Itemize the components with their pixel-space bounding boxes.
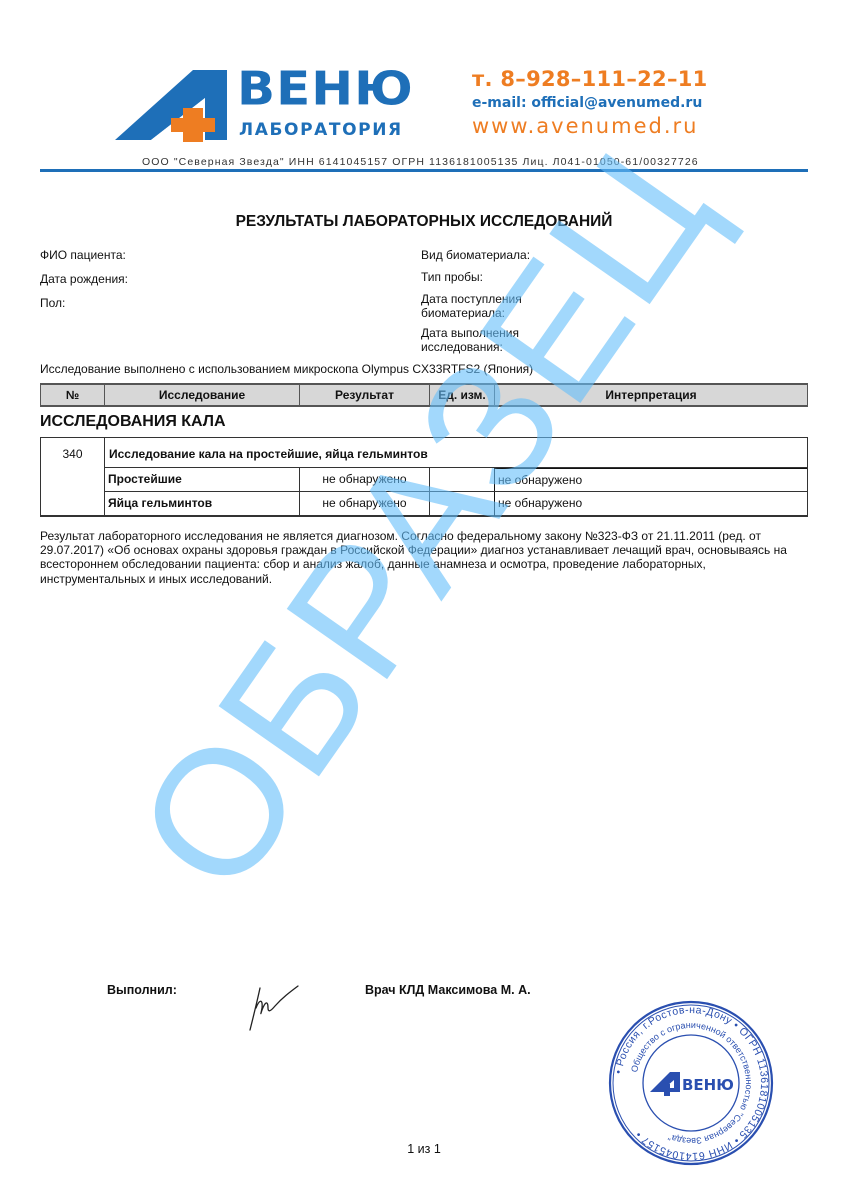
row-result: не обнаружено — [300, 492, 430, 516]
legal-disclaimer: Результат лабораторного исследования не … — [40, 529, 810, 586]
row-test-name: Яйца гельминтов — [105, 492, 300, 516]
completed-date-field: Дата выполнения исследования: — [421, 326, 541, 354]
contacts-block: т. 8–928–111–22–11 e-mail: official@aven… — [472, 66, 732, 139]
logo-brand: ВЕНЮ — [237, 66, 414, 112]
phone-number: т. 8–928–111–22–11 — [472, 66, 732, 92]
test-number: 340 — [41, 438, 105, 516]
test-group-name: Исследование кала на простейшие, яйца ге… — [105, 438, 807, 468]
column-interpretation: Интерпретация — [495, 385, 807, 405]
page-number: 1 из 1 — [0, 1142, 848, 1156]
svg-text:ВЕНЮ: ВЕНЮ — [682, 1076, 734, 1094]
sex-field: Пол: — [40, 296, 128, 310]
website-link[interactable]: www.avenumed.ru — [472, 113, 732, 139]
company-requisites: ООО "Северная Звезда" ИНН 6141045157 ОГР… — [142, 156, 699, 168]
received-date-field: Дата поступления биоматериала: — [421, 292, 541, 320]
birth-date-field: Дата рождения: — [40, 272, 128, 286]
logo-subtitle: ЛАБОРАТОРИЯ — [239, 120, 403, 140]
row-unit — [430, 468, 495, 491]
performed-by-label: Выполнил: — [107, 983, 177, 997]
sample-info: Вид биоматериала: Тип пробы: Дата поступ… — [421, 248, 621, 360]
microscope-note: Исследование выполнено с использованием … — [40, 362, 533, 376]
sample-watermark: ОБРАЗЕЦ — [107, 121, 741, 920]
column-unit: Ед. изм. — [430, 385, 495, 405]
table-row: Простейшие не обнаружено не обнаружено — [105, 468, 807, 492]
biomaterial-type-field: Вид биоматериала: — [421, 248, 621, 262]
patient-name-field: ФИО пациента: — [40, 248, 128, 262]
header-divider — [40, 169, 808, 172]
row-interpretation: не обнаружено — [495, 468, 807, 491]
column-test: Исследование — [105, 385, 300, 405]
column-result: Результат — [300, 385, 430, 405]
table-row: Яйца гельминтов не обнаружено не обнаруж… — [105, 492, 807, 516]
patient-info: ФИО пациента: Дата рождения: Пол: — [40, 248, 128, 320]
results-table: 340 Исследование кала на простейшие, яйц… — [40, 437, 808, 517]
handwritten-signature-icon — [240, 980, 310, 1035]
section-title: ИССЛЕДОВАНИЯ КАЛА — [40, 413, 226, 431]
row-result: не обнаружено — [300, 468, 430, 491]
doctor-name: Врач КЛД Максимова М. А. — [365, 983, 531, 997]
row-unit — [430, 492, 495, 516]
sample-type-field: Тип пробы: — [421, 270, 621, 284]
document-title: РЕЗУЛЬТАТЫ ЛАБОРАТОРНЫХ ИССЛЕДОВАНИЙ — [0, 213, 848, 231]
row-interpretation: не обнаружено — [495, 492, 807, 516]
column-number: № — [41, 385, 105, 405]
email-address[interactable]: e-mail: official@avenumed.ru — [472, 93, 732, 113]
company-logo: ВЕНЮ ЛАБОРАТОРИЯ — [115, 62, 445, 144]
table-header: № Исследование Результат Ед. изм. Интерп… — [40, 383, 808, 407]
row-test-name: Простейшие — [105, 468, 300, 491]
